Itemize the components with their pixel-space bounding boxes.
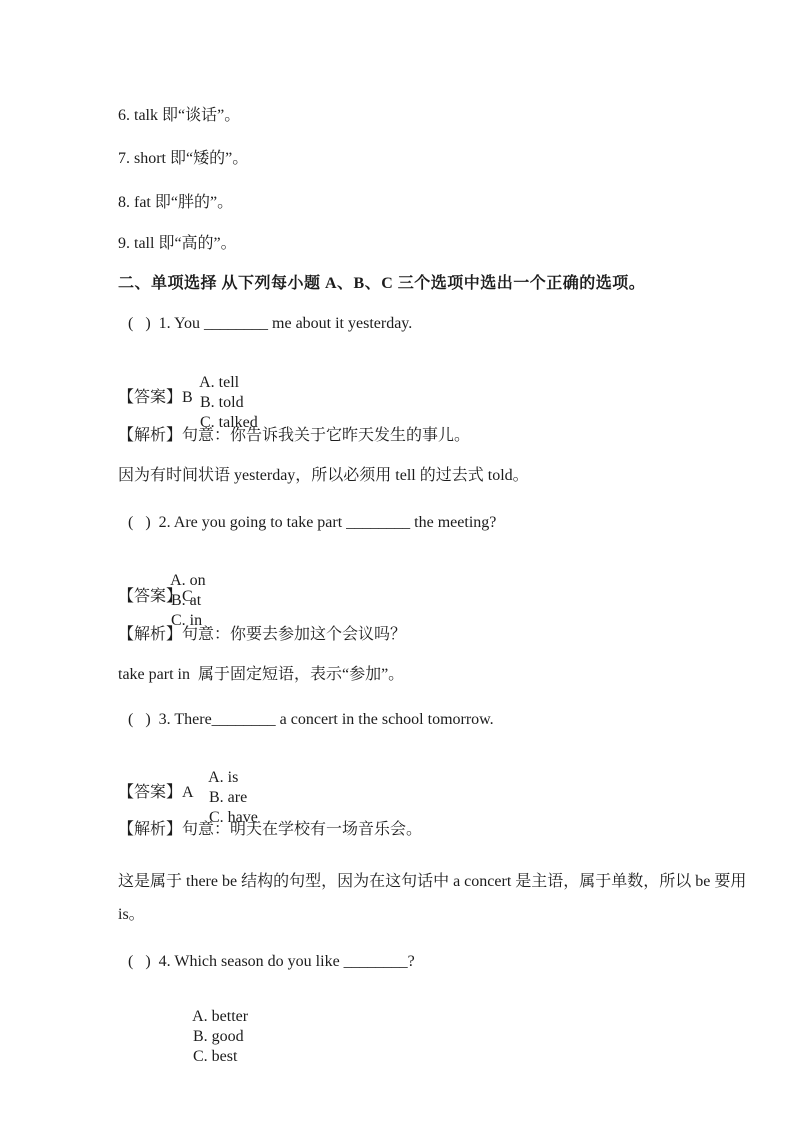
- question-4-option-b: B. good: [193, 1028, 244, 1045]
- question-3-analysis-line: is。: [118, 905, 145, 925]
- question-2-stem: ( ) 2. Are you going to take part ______…: [128, 513, 496, 533]
- question-1-answer: 【答案】B: [118, 388, 193, 408]
- question-3-answer: 【答案】A: [118, 783, 194, 803]
- question-3-option-b: B. are: [209, 789, 247, 806]
- note-line-7: 7. short 即“矮的”。: [118, 149, 248, 169]
- question-2-answer: 【答案】C: [118, 587, 193, 607]
- note-line-9: 9. tall 即“高的”。: [118, 234, 237, 254]
- section-header: 二、单项选择 从下列每小题 A、B、C 三个选项中选出一个正确的选项。: [118, 274, 645, 294]
- question-1-option-a: A. tell: [199, 374, 239, 391]
- question-1-stem: ( ) 1. You ________ me about it yesterda…: [128, 314, 412, 334]
- question-1-option-b: B. told: [200, 394, 244, 411]
- question-1-analysis-line: 因为有时间状语 yesterday，所以必须用 tell 的过去式 told。: [118, 466, 529, 486]
- question-2-analysis-line: take part in 属于固定短语，表示“参加”。: [118, 665, 404, 685]
- question-4-option-a: A. better: [192, 1008, 248, 1025]
- question-3-analysis-line: 【解析】句意：明天在学校有一场音乐会。: [118, 820, 422, 840]
- question-4-stem: ( ) 4. Which season do you like ________…: [128, 952, 415, 972]
- document-page: 6. talk 即“谈话”。 7. short 即“矮的”。 8. fat 即“…: [0, 0, 793, 1122]
- question-3-stem: ( ) 3. There________ a concert in the sc…: [128, 710, 494, 730]
- question-3-analysis-line: 这是属于 there be 结构的句型，因为在这句话中 a concert 是主…: [118, 872, 746, 892]
- question-4-option-c: C. best: [193, 1048, 237, 1065]
- note-line-8: 8. fat 即“胖的”。: [118, 193, 233, 213]
- question-2-analysis-line: 【解析】句意：你要去参加这个会议吗？: [118, 625, 406, 645]
- question-3-option-a: A. is: [208, 769, 238, 786]
- question-1-analysis-line: 【解析】句意：你告诉我关于它昨天发生的事儿。: [118, 426, 470, 446]
- note-line-6: 6. talk 即“谈话”。: [118, 106, 240, 126]
- question-4-options: A. better B. good C. best: [177, 987, 274, 1087]
